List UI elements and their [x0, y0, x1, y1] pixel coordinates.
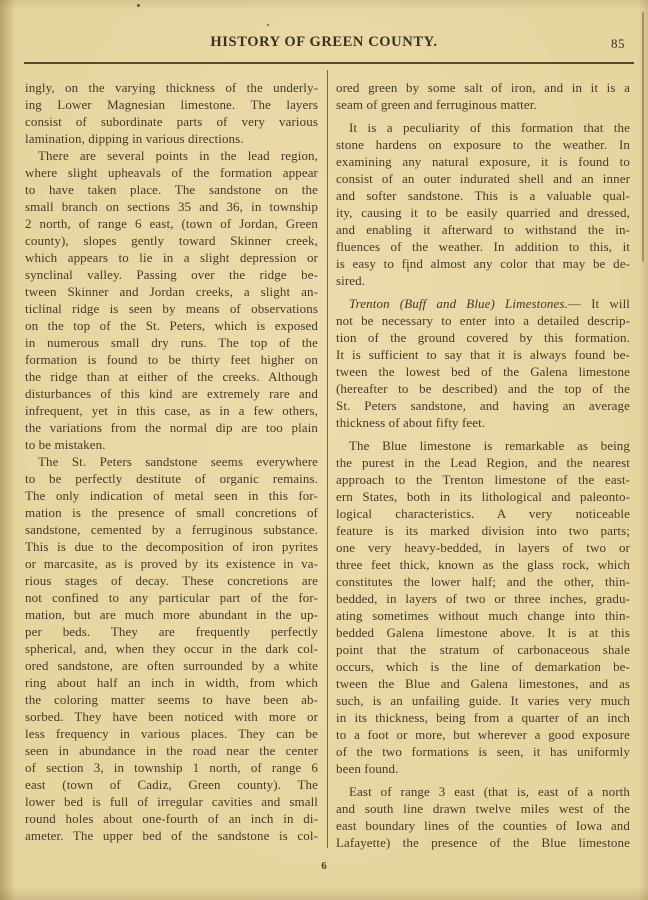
text-line: and softer sandstone. This is a valuable…	[336, 187, 630, 204]
text-line: infrequent, yet in this case, as in a fe…	[25, 402, 318, 419]
text-line: ing Lower Magnesian limestone. The layer…	[25, 96, 318, 113]
text-line: This is due to the decomposition of iron…	[25, 538, 318, 555]
text-line: occurs, which is the line of demarkation…	[336, 658, 630, 675]
text-line: to a foot or more, but wherever a good e…	[336, 726, 630, 743]
text-line: The Blue limestone is remarkable as bein…	[336, 437, 630, 454]
text-line: tween the Blue and Galena limestones, an…	[336, 675, 630, 692]
text-line: less frequency in various places. They c…	[25, 725, 318, 742]
text-line: small branch on sections 35 and 36, in t…	[25, 198, 318, 215]
text-line: and south line drawn twelve miles west o…	[336, 800, 630, 817]
text-line: lower bed is full of irregular cavities …	[25, 793, 318, 810]
text-line: the variations from the normal dip are t…	[25, 419, 318, 436]
text-line: in its thickness, being from a quarter o…	[336, 709, 630, 726]
text-line: and enabling it afterward to withstand t…	[336, 221, 630, 238]
right-column: ored green by some salt of iron, and in …	[336, 79, 630, 851]
text-line: ticlinal ridge is seen by means of obser…	[25, 300, 318, 317]
dust-speck	[267, 24, 269, 26]
dust-speck	[137, 4, 140, 7]
text-line: formation is found to be thirty feet hig…	[25, 351, 318, 368]
running-title: HISTORY OF GREEN COUNTY.	[0, 34, 648, 51]
text-line: seen in abundance in the road near the c…	[25, 742, 318, 759]
text-line: The only indication of metal seen in thi…	[25, 487, 318, 504]
page-number: 85	[611, 36, 625, 52]
text-line: sandstone, cemented by a ferruginous sub…	[25, 521, 318, 538]
text-line: ity, causing it to be easily quarried an…	[336, 204, 630, 221]
text-line: 2 north, of range 6 east, (town of Jorda…	[25, 215, 318, 232]
text-line: thickness of about fifty feet.	[336, 414, 630, 431]
text-line: east boundary lines of the counties of I…	[336, 817, 630, 834]
text-line: ored sandstone, are often surrounded by …	[25, 657, 318, 674]
text-line: of section 3, in township 1 north, of ra…	[25, 759, 318, 776]
paragraph: It is a peculiarity of this formation th…	[336, 119, 630, 289]
text-line: tween Skinner and Jordan creeks, a sligh…	[25, 283, 318, 300]
text-line: tion of the ground covered by this forma…	[336, 329, 630, 346]
text-line: It is sufficient to say that it is alway…	[336, 346, 630, 363]
text-line: There are several points in the lead reg…	[25, 147, 318, 164]
text-line: mation is the presence of small concreti…	[25, 504, 318, 521]
text-line: East of range 3 east (that is, east of a…	[336, 783, 630, 800]
text-line: (hereafter to be described) and the top …	[336, 380, 630, 397]
paragraph: The Blue limestone is remarkable as bein…	[336, 437, 630, 777]
text-line: seam of green and ferruginous matter.	[336, 96, 630, 113]
text-line: per beds. They are frequently perfectly	[25, 623, 318, 640]
column-divider	[327, 70, 328, 848]
text-line: consist of an outer indurated shell and …	[336, 170, 630, 187]
text-line: constitutes the lower half; and the othe…	[336, 573, 630, 590]
text-line: is easy to find almost any color that ma…	[336, 255, 630, 272]
text-line: three feet thick, known as the glass roc…	[336, 556, 630, 573]
text-line: mation, but are much more abundant in th…	[25, 606, 318, 623]
text-line: disturbances of this kind are extremely …	[25, 385, 318, 402]
paragraph: East of range 3 east (that is, east of a…	[336, 783, 630, 851]
text-line: St. Peters sandstone, and having an aver…	[336, 397, 630, 414]
paragraph: There are several points in the lead reg…	[25, 147, 318, 453]
text-line: to be perfectly destitute of organic rem…	[25, 470, 318, 487]
text-line: Lafayette) the presence of the Blue lime…	[336, 834, 630, 851]
text-line: in numerous small dry runs. The top of t…	[25, 334, 318, 351]
text-line: logical characteristics. A very noticeab…	[336, 505, 630, 522]
text-line: where slight upheavals of the formation …	[25, 164, 318, 181]
header-rule	[24, 62, 634, 64]
text-line: sorbed. They have been noticed with more…	[25, 708, 318, 725]
text-line: the ridge than at either of the creeks. …	[25, 368, 318, 385]
paragraph: ored green by some salt of iron, and in …	[336, 79, 630, 113]
left-column: ingly, on the varying thickness of the u…	[25, 79, 318, 844]
text-line: examining any natural exposure, it is fo…	[336, 153, 630, 170]
text-line: ameter. The upper bed of the sandstone i…	[25, 827, 318, 844]
text-line: bedded Galena limestone above. It is at …	[336, 624, 630, 641]
text-line: approach to the Trenton limestone of the…	[336, 471, 630, 488]
text-line: such, is an unfailing guide. It varies v…	[336, 692, 630, 709]
text-line: stone hardens on exposure to the weather…	[336, 136, 630, 153]
text-line: the purest in the Lead Region, and the n…	[336, 454, 630, 471]
text-line: synclinal valley. Passing over the ridge…	[25, 266, 318, 283]
text-line: round holes about one-fourth of an inch …	[25, 810, 318, 827]
text-line: which appears to lie in a slight depress…	[25, 249, 318, 266]
text-line: sired.	[336, 272, 630, 289]
text-line: ring about half an inch in width, from w…	[25, 674, 318, 691]
text-line: ored green by some salt of iron, and in …	[336, 79, 630, 96]
paragraph: The St. Peters sandstone seems everywher…	[25, 453, 318, 844]
text-line: bedded, in layers of two or three inches…	[336, 590, 630, 607]
text-line: to have taken place. The sandstone on th…	[25, 181, 318, 198]
text-line: lamination, dipping in various direction…	[25, 130, 318, 147]
text-line: not be necessary to enter into a detaile…	[336, 312, 630, 329]
text-line: to be mistaken.	[25, 436, 318, 453]
text-line: tween the lowest bed of the Galena limes…	[336, 363, 630, 380]
text-line: The St. Peters sandstone seems everywher…	[25, 453, 318, 470]
text-line: It is a peculiarity of this formation th…	[336, 119, 630, 136]
text-line: spherical, and, when they occur in the d…	[25, 640, 318, 657]
text-line: point that the stratum of carbonaceous s…	[336, 641, 630, 658]
page-header: HISTORY OF GREEN COUNTY. 85	[0, 34, 648, 56]
text-line: consist of subordinate parts of very var…	[25, 113, 318, 130]
text-line: east (town of Cadiz, Green county). The	[25, 776, 318, 793]
signature-mark: 6	[0, 860, 648, 872]
text-line: on the top of the St. Peters, which is e…	[25, 317, 318, 334]
text-line: not confined to any particular part of t…	[25, 589, 318, 606]
text-line: of the two formations is seen, it has un…	[336, 743, 630, 760]
text-line: or marcasite, as is proved by its existe…	[25, 555, 318, 572]
text-line: Trenton (Buff and Blue) Limestones.— It …	[336, 295, 630, 312]
text-line: one very heavy-bedded, in layers of two …	[336, 539, 630, 556]
paragraph: ingly, on the varying thickness of the u…	[25, 79, 318, 147]
text-line: ingly, on the varying thickness of the u…	[25, 79, 318, 96]
text-line: been found.	[336, 760, 630, 777]
text-line: fluences of the weather. In addition to …	[336, 238, 630, 255]
paragraph: Trenton (Buff and Blue) Limestones.— It …	[336, 295, 630, 431]
text-line: ern States, both in its lithological and…	[336, 488, 630, 505]
text-line: rious stages of decay. These concretions…	[25, 572, 318, 589]
text-line: ating sometimes without much change into…	[336, 607, 630, 624]
text-line: the coloring matter seems to have been a…	[25, 691, 318, 708]
text-line: feature is its marked division into two …	[336, 522, 630, 539]
text-line: county), slopes gently toward Skinner cr…	[25, 232, 318, 249]
